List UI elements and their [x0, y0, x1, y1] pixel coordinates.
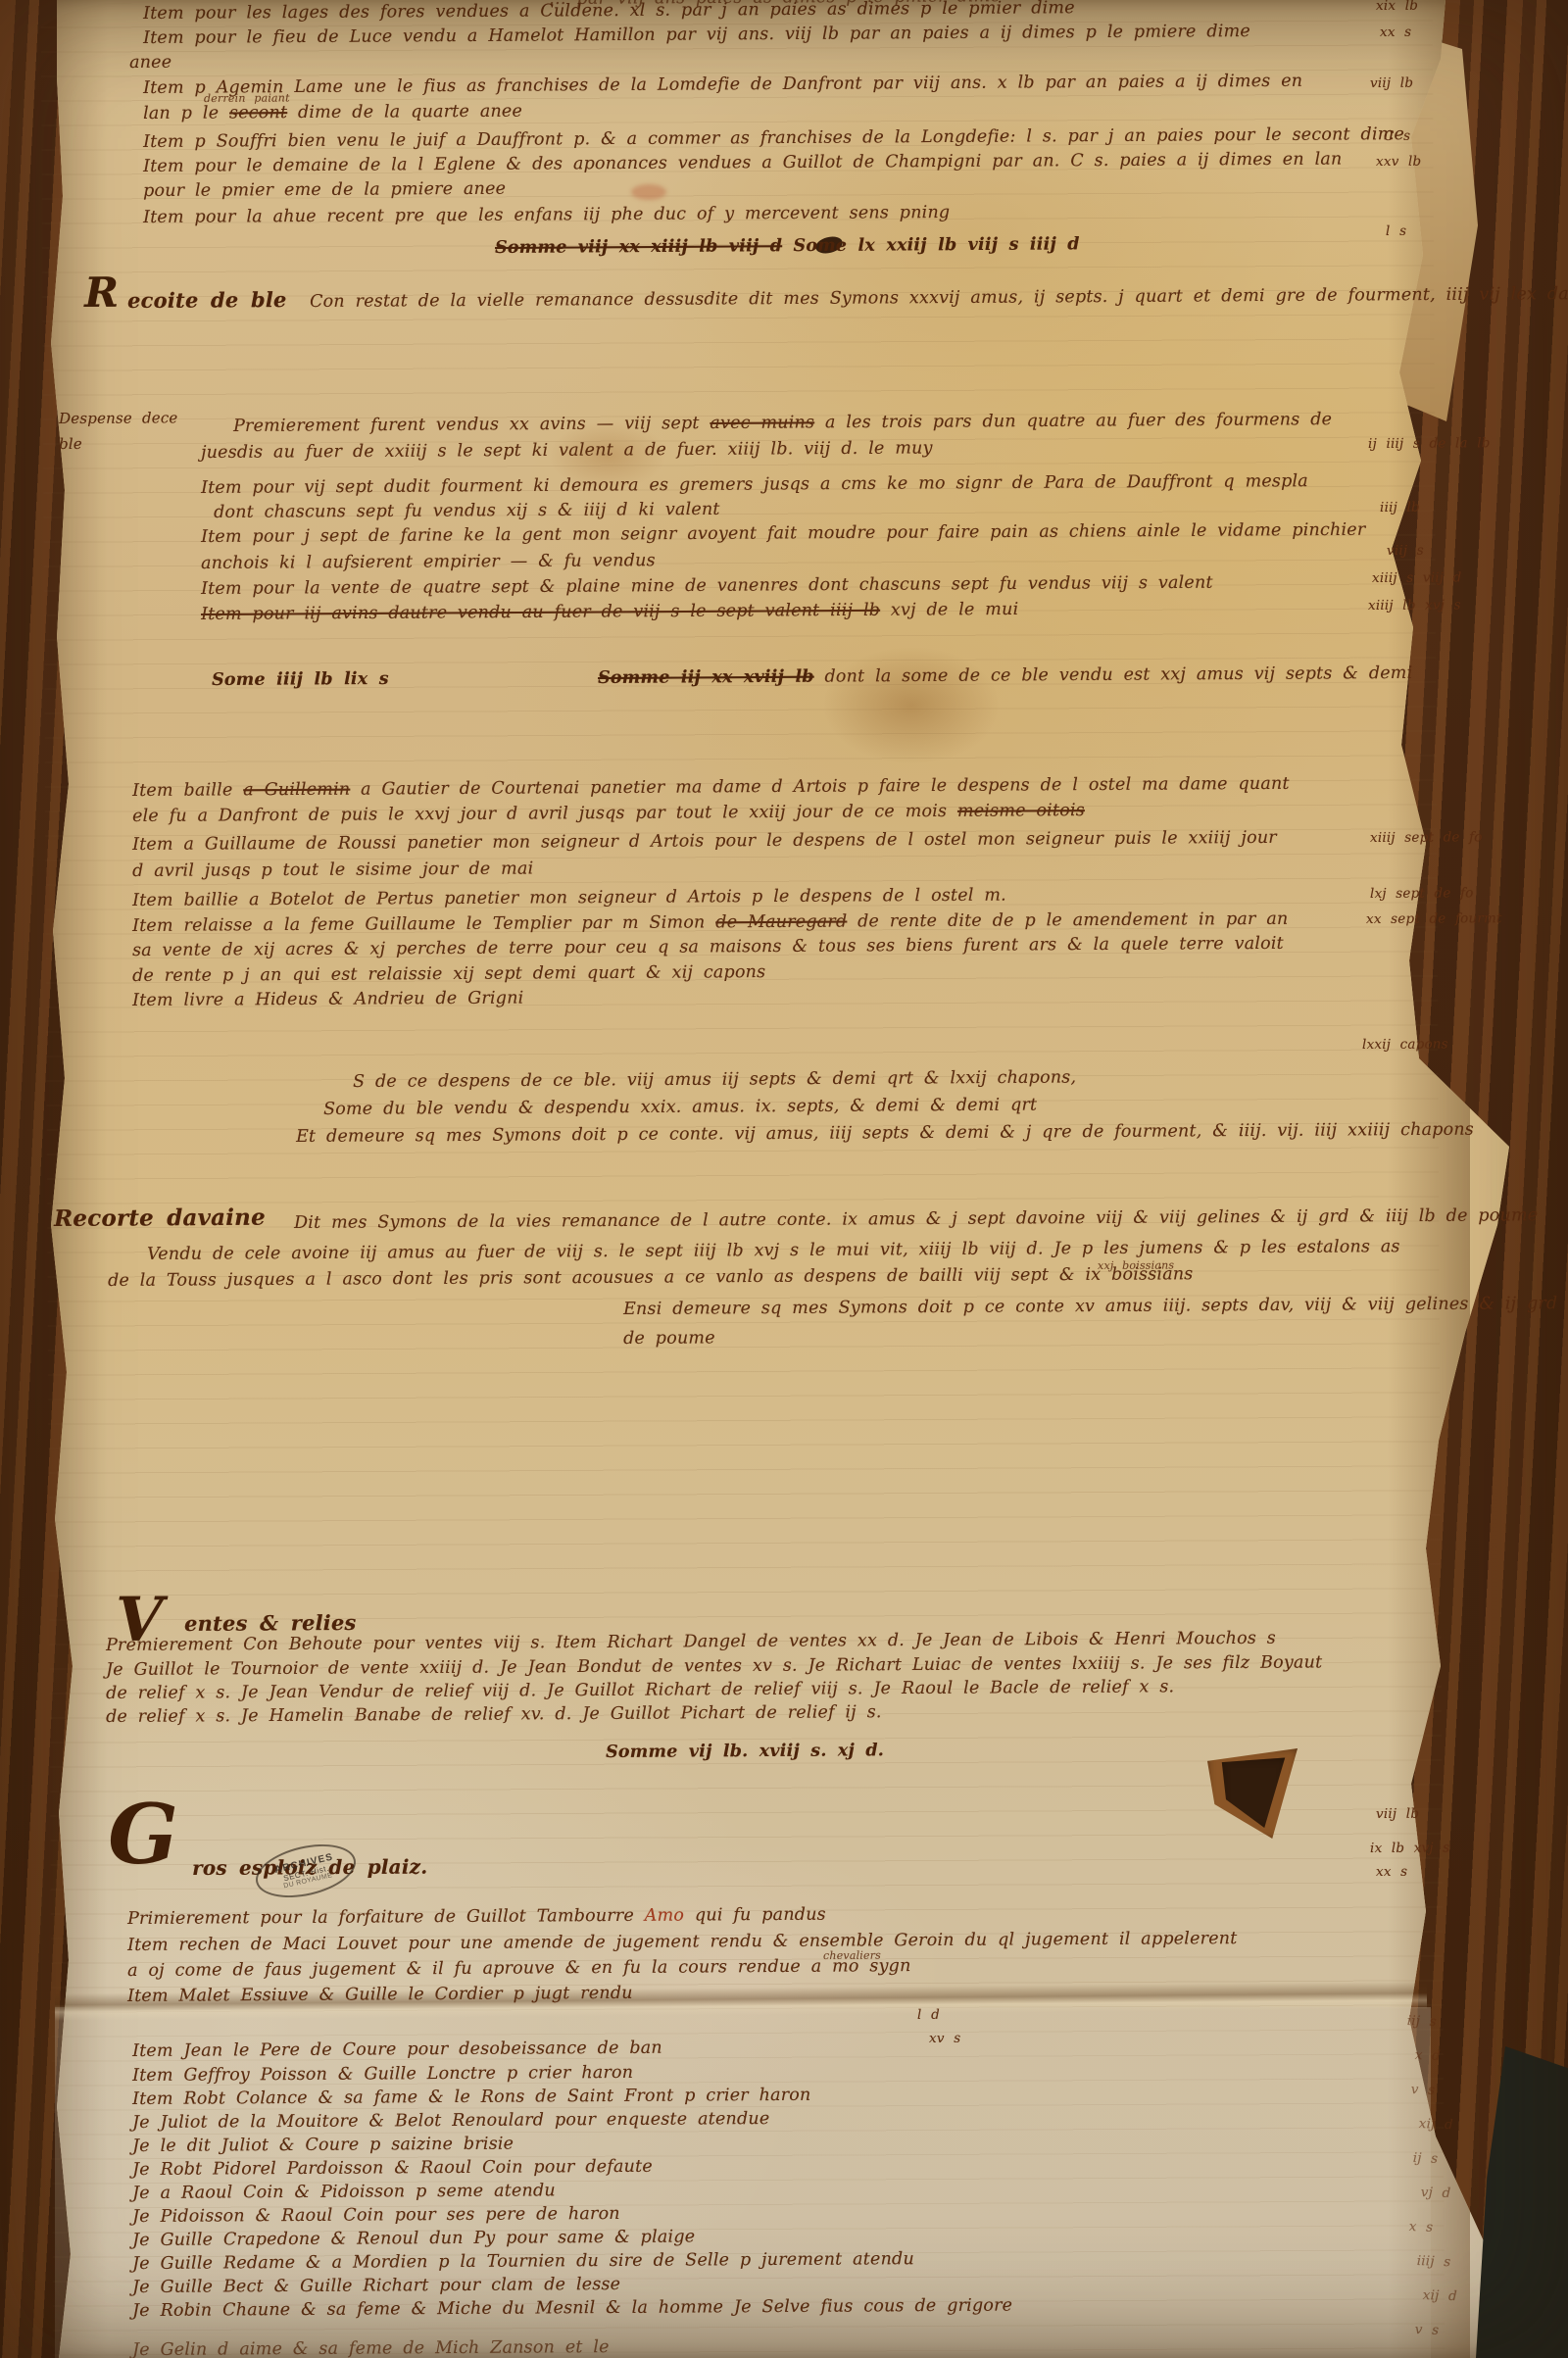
- margin-amount: ij iiij s de la lb: [1368, 437, 1491, 451]
- margin-amount: l d: [917, 2009, 940, 2023]
- baille-line-1: Item baille a Guillemin a Gautier de Cou…: [132, 776, 1290, 801]
- top-entry-5b: pour le pmier eme de la pmiere anee: [143, 181, 506, 201]
- amende-line-11: Je Guille Bect & Guille Richart pour cla…: [132, 2277, 620, 2297]
- strip-amount: x d: [1415, 2049, 1442, 2063]
- strip-amount: iiij s: [1417, 2255, 1451, 2270]
- avaine-line-4: Ensi demeure sq mes Symons doit p ce con…: [623, 1296, 1568, 1319]
- despense-label-2: ble: [59, 437, 82, 452]
- ventes-line-1: Premierement Con Behoute pour ventes vii…: [106, 1631, 1276, 1655]
- gros-line-4: Item Malet Essiuve & Guille le Cordier p…: [127, 1986, 633, 2006]
- top-entry-2b: anee: [129, 55, 171, 73]
- strip-amount: iij s: [1407, 2015, 1437, 2030]
- margin-amount: xiiij lb xvj s: [1368, 599, 1461, 613]
- avaine-line-5: de poume: [623, 1330, 715, 1348]
- gros-initial: G: [108, 1793, 178, 1876]
- amende-line-4: Je Juliot de la Mouitore & Belot Renoula…: [132, 2111, 769, 2132]
- amende-line-5: Je le dit Juliot & Coure p saizine brisi…: [132, 2137, 514, 2156]
- despense-line-1: Premierement furent vendus xx avins — vi…: [233, 412, 1332, 435]
- baille-line-7: sa vente de xij acres & xj perches de te…: [132, 936, 1284, 960]
- gros-line-1: Primierement pour la forfaiture de Guill…: [127, 1907, 826, 1929]
- baille-line-4: d avril jusqs p tout le sisime jour de m…: [132, 860, 533, 880]
- margin-amount: xx s: [1376, 1866, 1407, 1880]
- top-entry-5: Item pour le demaine de la l Eglene & de…: [143, 152, 1343, 176]
- summary-despens: S de ce despens de ce ble. viij amus iij…: [353, 1069, 1076, 1091]
- avaine-line-2: Vendu de cele avoine iij amus au fuer de…: [147, 1239, 1400, 1263]
- margin-amount: xx s: [1380, 26, 1411, 40]
- baille-line-8: de rente p j an qui est relaissie xij se…: [132, 964, 765, 985]
- margin-amount: viij lb: [1370, 77, 1413, 91]
- strip-amount: v s: [1411, 2084, 1436, 2097]
- despense-line-3: Item pour vij sept dudit fourment ki dem…: [201, 473, 1308, 497]
- somme-ble-corrected: Somme iij xx xviij lb dont la some de ce…: [598, 665, 1412, 688]
- despense-line-8: Item pour iij avins dautre vendu au fuer…: [201, 602, 1018, 624]
- amende-line-8: Je Pidoisson & Raoul Coin pour ses pere …: [132, 2206, 620, 2227]
- amende-line-2: Item Geffroy Poisson & Guille Lonctre p …: [132, 2065, 633, 2086]
- margin-amount: iiij lb: [1380, 502, 1420, 516]
- baille-line-2: ele fu a Danfront de puis le xxvj jour d…: [132, 803, 1085, 825]
- somme-corrected: Somme viij xx xiiij lb viij d Some lx xx…: [495, 236, 1080, 257]
- despense-label-1: Despense dece: [59, 411, 178, 426]
- baille-line-5: Item baillie a Botelot de Pertus panetie…: [132, 888, 1006, 910]
- strip-amount: xij d: [1419, 2118, 1454, 2133]
- gros-line-2: Item rechen de Maci Louvet pour une amen…: [127, 1931, 1238, 1954]
- top-entry-3: Item p Agemin Lame une le fius as franch…: [143, 74, 1302, 98]
- top-entry-4: Item p Souffri bien venu le juif a Dauff…: [143, 126, 1404, 151]
- amende-line-10: Je Guille Redame & a Mordien p la Tourni…: [132, 2251, 914, 2273]
- ventes-header: entes & relies: [184, 1612, 357, 1634]
- amende-line-7: Je a Raoul Coin & Pidoisson p seme atend…: [132, 2183, 556, 2202]
- strip-amount: ij s: [1413, 2152, 1439, 2166]
- gros-line-3: a oj come de faus jugement & il fu aprou…: [127, 1958, 911, 1980]
- top-entry-2: Item pour le fieu de Luce vendu a Hamelo…: [143, 24, 1250, 47]
- manuscript-photograph: { "palette": { "parchment": "#d3b887", "…: [0, 0, 1568, 2358]
- margin-amount: lxxij capons: [1362, 1038, 1448, 1052]
- margin-amount: xv s: [929, 2033, 960, 2046]
- baille-line-6: Item relaisse a la feme Guillaume le Tem…: [132, 911, 1289, 936]
- amende-line-9: Je Guille Crapedone & Renoul dun Py pour…: [132, 2229, 695, 2249]
- strip-amount: xij d: [1423, 2289, 1458, 2304]
- despense-line-4: dont chascuns sept fu vendus xij s & iii…: [214, 502, 720, 522]
- top-entry-3b: lan p le secont dime de la quarte anee: [143, 104, 522, 123]
- amende-line-6: Je Robt Pidorel Pardoisson & Raoul Coin …: [132, 2159, 653, 2180]
- interline-correction: xxj boissians: [1098, 1260, 1174, 1271]
- amende-line-1: Item Jean le Pere de Coure pour desobeis…: [132, 2040, 662, 2061]
- summary-some-vendu: Some du ble vendu & despendu xxix. amus.…: [323, 1098, 1037, 1119]
- margin-amount: lxj sept de fo: [1370, 887, 1474, 901]
- ventes-line-4: de relief x s. Je Hamelin Banabe de reli…: [106, 1704, 882, 1726]
- top-entry-6: Item pour la ahue recent pre que les enf…: [143, 205, 950, 227]
- manuscript-text-layer: … par viij ans paies as dimes p le pmier…: [0, 0, 1568, 2358]
- margin-amount: viij lb: [1376, 1808, 1419, 1822]
- baille-line-9: Item livre a Hideus & Andrieu de Grigni: [132, 991, 523, 1010]
- ventes-line-2: Je Guillot le Tournoior de vente xxiiij …: [106, 1654, 1322, 1679]
- some-ble-left: Some iiij lb lix s: [212, 671, 389, 690]
- despense-line-6: anchois ki l aufsierent empirier — & fu …: [201, 553, 656, 572]
- margin-amount: xiiij sept de fo: [1370, 831, 1483, 845]
- strip-amount: v s: [1415, 2324, 1440, 2337]
- avaine-line-3: de la Touss jusques a l asco dont les pr…: [108, 1266, 1194, 1290]
- margin-amount: xix lb: [1376, 0, 1418, 13]
- amende-line-13: Je Gelin d aime & sa feme de Mich Zanson…: [132, 2339, 610, 2358]
- baille-line-3: Item a Guillaume de Roussi panetier mon …: [132, 830, 1277, 855]
- margin-amount: C s: [1384, 130, 1410, 144]
- recoite-initial: R: [84, 272, 119, 314]
- recoite-body: Con restat de la vielle remanance dessus…: [310, 286, 1568, 312]
- margin-amount: xxv lb: [1376, 156, 1421, 170]
- amende-line-3: Item Robt Colance & sa fame & le Rons de…: [132, 2088, 811, 2109]
- despense-line-5: Item pour j sept de farine ke la gent mo…: [201, 522, 1365, 547]
- recoite-header: ecoite de ble: [127, 289, 287, 311]
- strip-amount: x s: [1409, 2221, 1434, 2235]
- margin-amount: viij s: [1387, 545, 1424, 559]
- summary-demeure: Et demeure sq mes Symons doit p ce conte…: [296, 1122, 1474, 1147]
- despense-line-2: juesdis au fuer de xxiiij s le sept ki v…: [201, 440, 933, 462]
- avaine-line-1: Dit mes Symons de la vies remanance de l…: [294, 1207, 1538, 1232]
- margin-amount: xiiij s viij d: [1372, 571, 1462, 585]
- margin-amount: xx sept de fourmt: [1366, 912, 1502, 926]
- despense-line-7: Item pour la vente de quatre sept & plai…: [201, 575, 1213, 599]
- ventes-line-3: de relief x s. Je Jean Vendur de relief …: [106, 1679, 1174, 1702]
- amende-line-12: Je Robin Chaune & sa feme & Miche du Mes…: [132, 2298, 1012, 2321]
- avaine-header: Recorte davaine: [54, 1206, 266, 1230]
- ventes-somme: Somme vij lb. xviij s. xj d.: [606, 1743, 884, 1761]
- top-entry-1: Item pour les lages des fores vendues a …: [143, 0, 1075, 23]
- margin-amount: ix lb xvj s: [1370, 1842, 1449, 1856]
- margin-amount: l s: [1386, 225, 1406, 239]
- strip-amount: vj d: [1421, 2186, 1451, 2201]
